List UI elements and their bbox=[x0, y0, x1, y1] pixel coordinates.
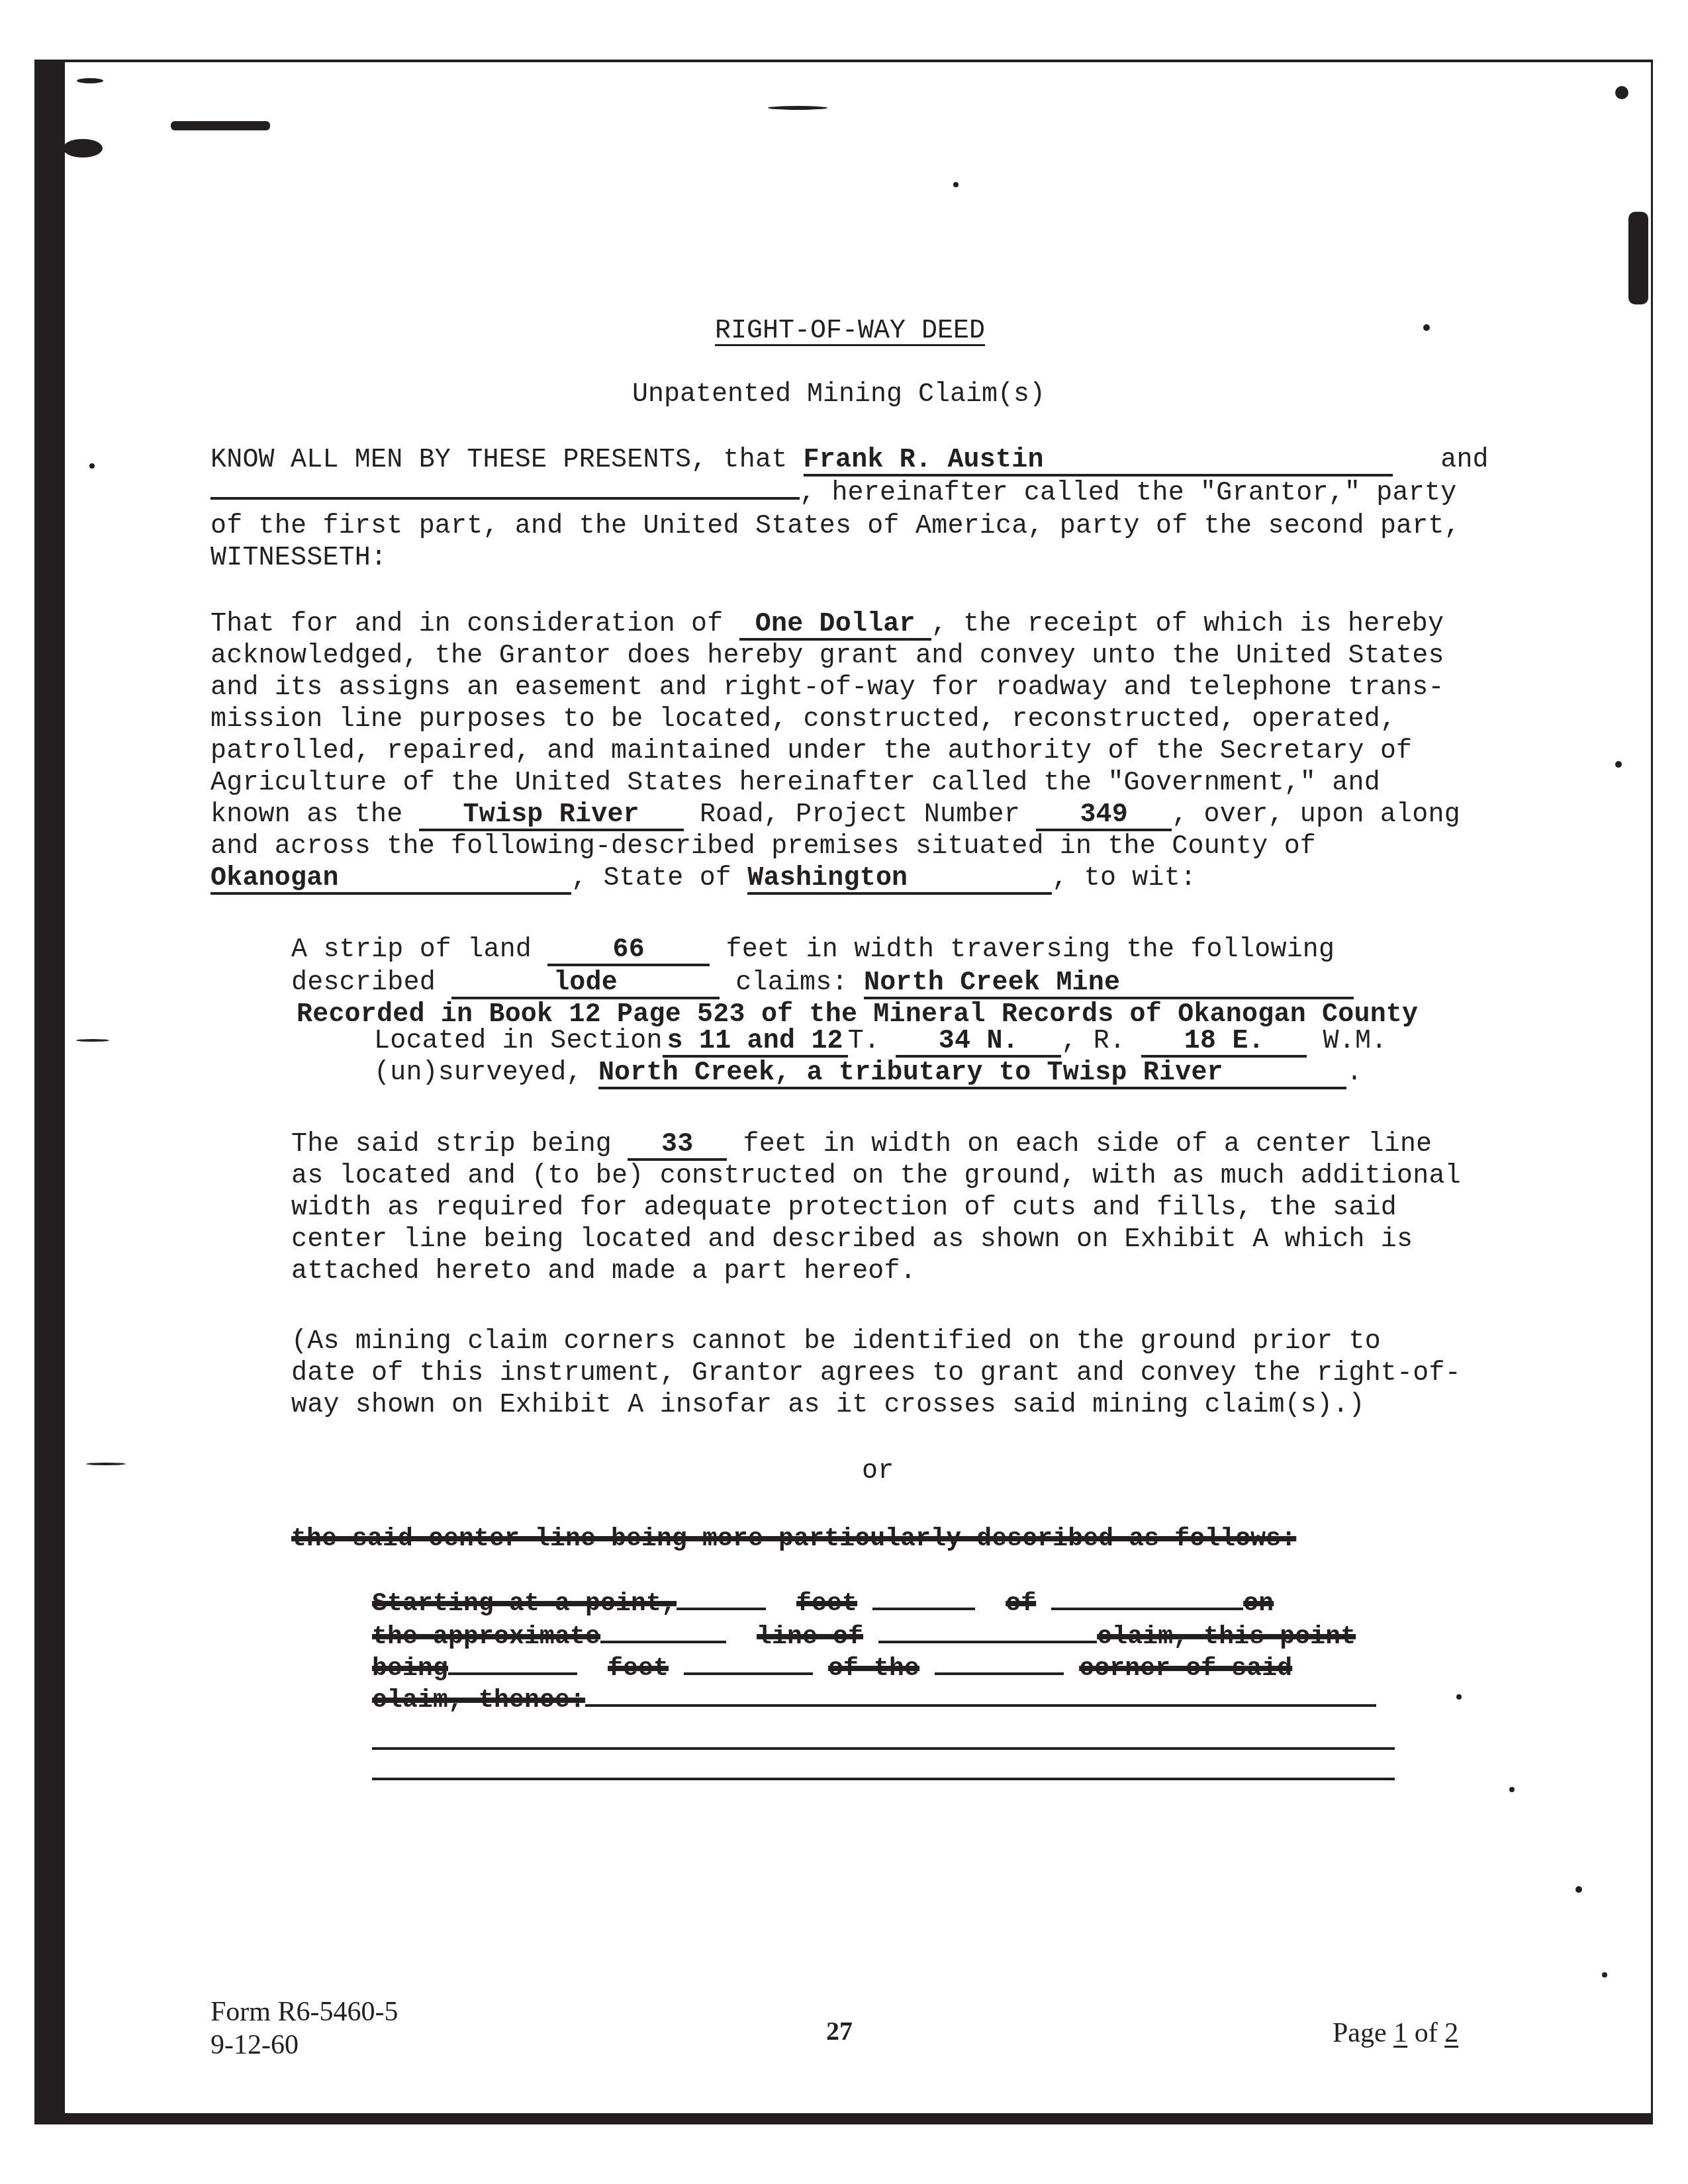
second-grantor-field[interactable] bbox=[211, 497, 800, 500]
page-label: Page bbox=[1333, 2018, 1387, 2048]
blank-field[interactable] bbox=[878, 1641, 1097, 1643]
to-wit: , to wit: bbox=[1052, 864, 1196, 893]
blank-field[interactable] bbox=[448, 1672, 577, 1675]
road-label: Road, Project Number bbox=[700, 800, 1020, 830]
centerline-line: as located and (to be) constructed on th… bbox=[291, 1161, 1461, 1193]
struck-heading: the said center line being more particul… bbox=[291, 1524, 1296, 1555]
page-border bbox=[34, 60, 1653, 2124]
struck-text: of the bbox=[828, 1655, 919, 1683]
county-field[interactable]: Okanogan bbox=[211, 866, 571, 895]
strip-line-1: A strip of land 66 feet in width travers… bbox=[291, 934, 1335, 966]
road-line: known as the Twisp River Road, Project N… bbox=[211, 799, 1460, 831]
consideration-line: acknowledged, the Grantor does hereby gr… bbox=[211, 641, 1444, 672]
consideration-suffix: , the receipt of which is hereby bbox=[931, 610, 1444, 639]
page-current: 1 bbox=[1393, 2018, 1407, 2048]
struck-text: feet bbox=[608, 1655, 669, 1683]
parties-line-2: , hereinafter called the "Grantor," part… bbox=[211, 478, 1456, 510]
note-line: way shown on Exhibit A insofar as it cro… bbox=[291, 1390, 1365, 1422]
state-field[interactable]: Washington bbox=[747, 866, 1052, 895]
centerline-line: width as required for adequate protectio… bbox=[291, 1193, 1397, 1224]
blank-field[interactable] bbox=[677, 1608, 766, 1610]
consideration-amount: One Dollar bbox=[755, 610, 915, 639]
centerline-suffix: feet in width on each side of a center l… bbox=[743, 1130, 1432, 1160]
centerline-prefix: The said strip being bbox=[291, 1130, 612, 1160]
strip-label: A strip of land bbox=[291, 935, 532, 965]
half-width: 33 bbox=[661, 1130, 693, 1160]
and-text: and bbox=[1440, 445, 1489, 475]
section-label: Located in Section bbox=[374, 1026, 663, 1056]
form-date: 9-12-60 bbox=[211, 2028, 399, 2062]
grantor-name: Frank R. Austin bbox=[804, 445, 1044, 475]
grantor-name-field[interactable]: Frank R. Austin bbox=[804, 447, 1393, 477]
meridian: W.M. bbox=[1323, 1026, 1387, 1056]
blank-line[interactable] bbox=[372, 1778, 1395, 1780]
over-upon-text: , over, upon along bbox=[1172, 800, 1460, 830]
consideration-line: Agriculture of the United States hereina… bbox=[211, 768, 1380, 799]
blank-field[interactable] bbox=[872, 1608, 975, 1610]
struck-text: of bbox=[1006, 1590, 1036, 1618]
consideration-line: patrolled, repaired, and maintained unde… bbox=[211, 736, 1412, 768]
claim-type: lode bbox=[553, 968, 618, 998]
or-separator: or bbox=[862, 1456, 894, 1488]
claim-name: North Creek Mine bbox=[864, 968, 1120, 998]
county: Okanogan bbox=[211, 864, 339, 893]
consideration-line: mission line purposes to be located, con… bbox=[211, 704, 1396, 736]
struck-text: Starting at a point, bbox=[372, 1590, 677, 1618]
known-as-text: known as the bbox=[211, 800, 402, 830]
page-total: 2 bbox=[1444, 2018, 1458, 2048]
struck-text: line of bbox=[757, 1623, 863, 1651]
surveyed-label: (un)surveyed, bbox=[374, 1058, 583, 1088]
claim-name-field[interactable]: North Creek Mine bbox=[864, 970, 1354, 999]
blank-field[interactable] bbox=[1051, 1608, 1243, 1610]
centerline-line: attached hereto and made a part hereof. bbox=[291, 1256, 916, 1288]
sheet-number: 27 bbox=[826, 2015, 853, 2046]
struck-text: corner of said bbox=[1079, 1655, 1292, 1683]
blank-field[interactable] bbox=[600, 1641, 726, 1643]
township: 34 N. bbox=[939, 1026, 1019, 1056]
consideration-line: and its assigns an easement and right-of… bbox=[211, 672, 1444, 704]
township-field[interactable]: 34 N. bbox=[896, 1028, 1061, 1058]
state-label: , State of bbox=[571, 864, 731, 893]
county-state-line: Okanogan, State of Washington, to wit: bbox=[211, 863, 1196, 895]
document-subtitle: Unpatented Mining Claim(s) bbox=[632, 380, 1045, 410]
note-line: date of this instrument, Grantor agrees … bbox=[291, 1358, 1461, 1390]
struck-row-2: the approximate line of claim, this poin… bbox=[372, 1621, 1356, 1653]
document-title: RIGHT-OF-WAY DEED bbox=[715, 316, 985, 346]
strip-width-field[interactable]: 66 bbox=[547, 937, 710, 966]
struck-text: the approximate bbox=[372, 1623, 600, 1651]
range: 18 E. bbox=[1184, 1026, 1264, 1056]
struck-text: feet bbox=[796, 1590, 857, 1618]
grantor-clause: , hereinafter called the "Grantor," part… bbox=[800, 478, 1456, 508]
strip-line-2: described lode claims: North Creek Mine bbox=[291, 968, 1354, 999]
state: Washington bbox=[747, 864, 908, 893]
section-line: Located in Sections 11 and 12T. 34 N., R… bbox=[374, 1026, 1387, 1058]
end-period: . bbox=[1346, 1058, 1362, 1088]
parties-line-1: KNOW ALL MEN BY THESE PRESENTS, that Fra… bbox=[211, 445, 1489, 477]
page-of: of bbox=[1415, 2018, 1438, 2048]
consideration-line-1: That for and in consideration of One Dol… bbox=[211, 609, 1444, 641]
struck-row-1: Starting at a point, feet of on bbox=[372, 1588, 1274, 1620]
form-number: Form R6-5460-5 bbox=[211, 1995, 399, 2028]
across-line: and across the following-described premi… bbox=[211, 831, 1316, 863]
claim-type-field[interactable]: lode bbox=[451, 970, 720, 999]
strip-width: 66 bbox=[613, 935, 645, 965]
intro-text: KNOW ALL MEN BY THESE PRESENTS, that bbox=[211, 445, 787, 475]
blank-line[interactable] bbox=[372, 1747, 1395, 1750]
consideration-amount-field[interactable]: One Dollar bbox=[739, 612, 931, 641]
location-field[interactable]: North Creek, a tributary to Twisp River bbox=[598, 1060, 1346, 1089]
witnesseth: WITNESSETH: bbox=[211, 543, 387, 574]
blank-field[interactable] bbox=[935, 1672, 1064, 1675]
form-info: Form R6-5460-5 9-12-60 bbox=[211, 1995, 399, 2062]
centerline-line-1: The said strip being 33 feet in width on… bbox=[291, 1129, 1432, 1161]
note-line: (As mining claim corners cannot be ident… bbox=[291, 1326, 1381, 1358]
parties-line-3: of the first part, and the United States… bbox=[211, 511, 1460, 543]
page-indicator: Page 1 of 2 bbox=[1333, 2017, 1458, 2049]
sections: s 11 and 12 bbox=[667, 1026, 843, 1056]
consideration-prefix: That for and in consideration of bbox=[211, 610, 724, 639]
struck-row-4: claim, thence: bbox=[372, 1685, 1376, 1717]
township-label: T. bbox=[848, 1026, 880, 1056]
blank-field[interactable] bbox=[684, 1672, 813, 1675]
blank-field[interactable] bbox=[585, 1704, 1376, 1707]
half-width-field[interactable]: 33 bbox=[628, 1132, 727, 1161]
location: North Creek, a tributary to Twisp River bbox=[598, 1058, 1223, 1088]
road-name-field[interactable]: Twisp River bbox=[419, 802, 684, 831]
struck-row-3: being feet of the corner of said bbox=[372, 1653, 1292, 1685]
struck-text: being bbox=[372, 1655, 448, 1683]
claims-label: claims: bbox=[735, 968, 847, 998]
range-field[interactable]: 18 E. bbox=[1141, 1028, 1307, 1058]
described-label: described bbox=[291, 968, 436, 998]
struck-text: claim, thence: bbox=[372, 1686, 585, 1715]
project-number-field[interactable]: 349 bbox=[1036, 802, 1172, 831]
struck-text: on bbox=[1243, 1590, 1274, 1618]
surveyed-line: (un)surveyed, North Creek, a tributary t… bbox=[374, 1058, 1362, 1089]
strip-label-2: feet in width traversing the following bbox=[726, 935, 1335, 965]
struck-text: claim, this point bbox=[1097, 1623, 1356, 1651]
sections-field[interactable]: s 11 and 12 bbox=[663, 1028, 848, 1058]
project-number: 349 bbox=[1080, 800, 1128, 830]
centerline-line: center line being located and described … bbox=[291, 1224, 1413, 1256]
road-name: Twisp River bbox=[463, 800, 639, 830]
range-label: , R. bbox=[1061, 1026, 1125, 1056]
